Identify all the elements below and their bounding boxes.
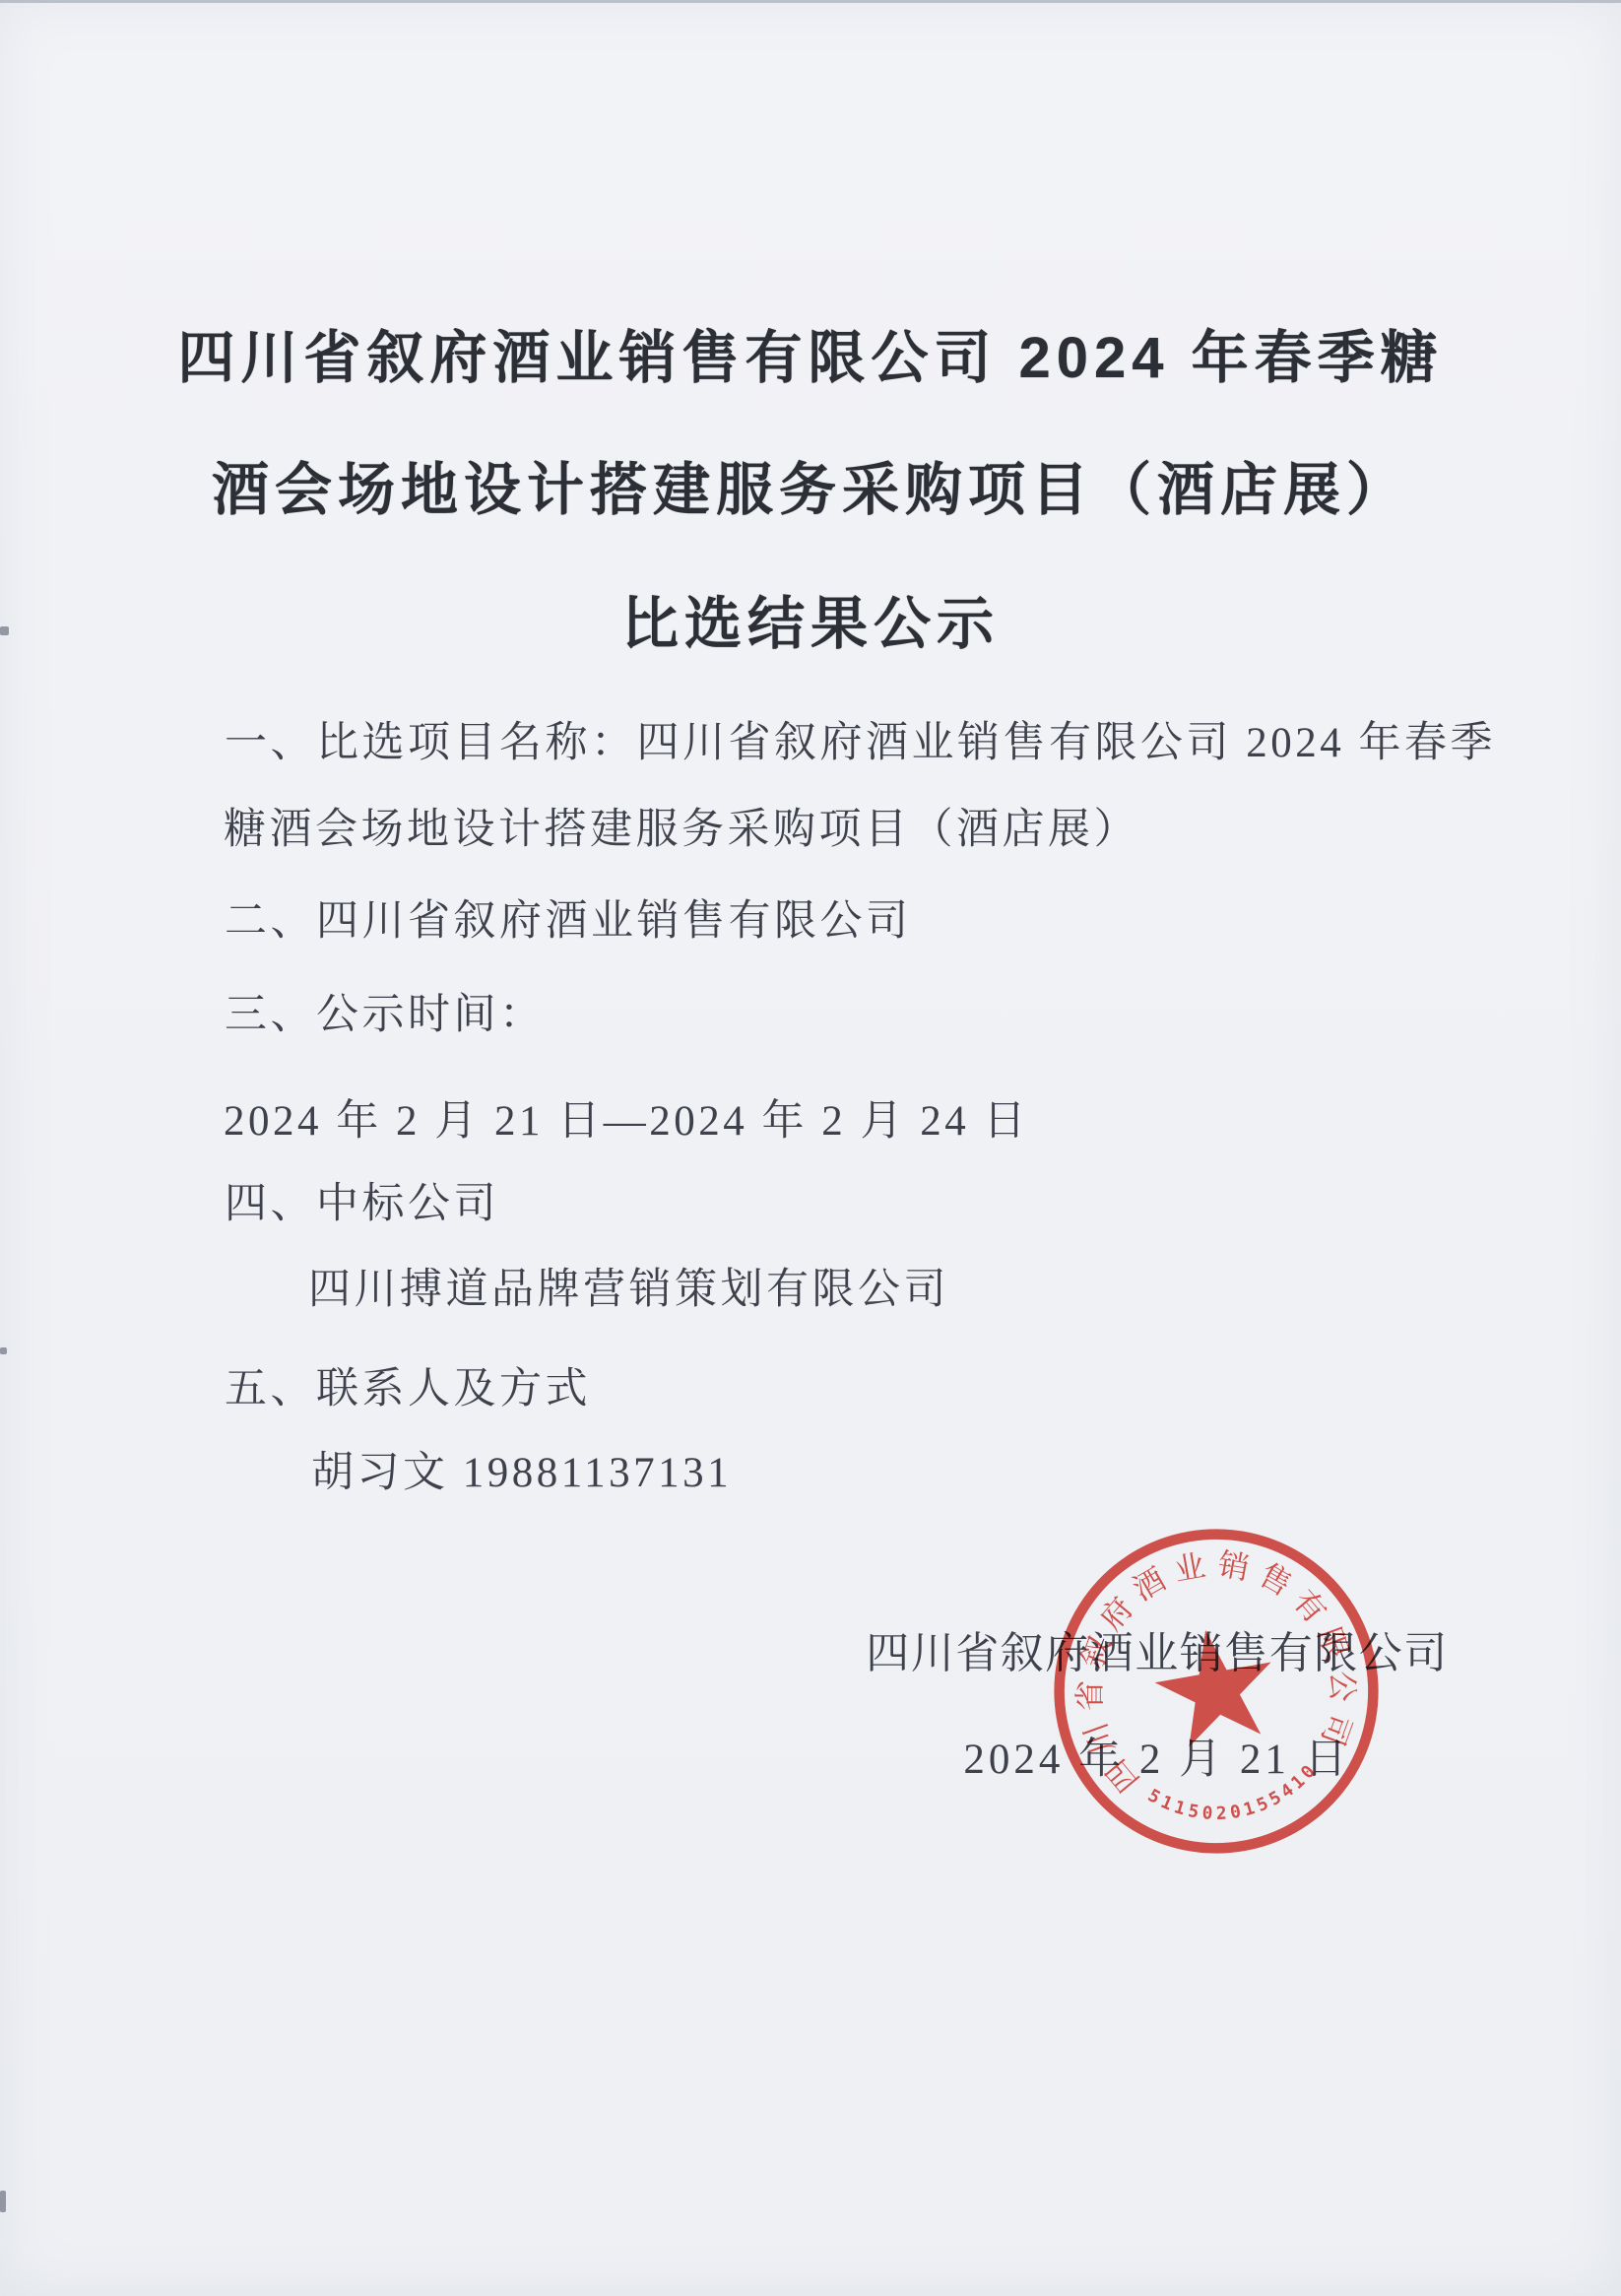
document-title-line-2: 酒会场地设计搭建服务采购项目（酒店展） — [0, 443, 1621, 526]
contact-info: 胡习文 19881137131 — [311, 1439, 732, 1499]
document-title-line-1: 四川省叙府酒业销售有限公司 2024 年春季糖 — [0, 311, 1621, 394]
scan-smudge — [0, 1347, 7, 1354]
project-name-continuation: 糖酒会场地设计搭建服务采购项目（酒店展） — [224, 796, 1139, 856]
purchaser-line: 二、四川省叙府酒业销售有限公司 — [225, 887, 912, 948]
official-seal: 四川省叙府酒业销售有限公司 5115020155410 — [1019, 1494, 1414, 1889]
project-name-line: 一、比选项目名称：四川省叙府酒业销售有限公司 2024 年春季 — [225, 709, 1496, 769]
document-page: 四川省叙府酒业销售有限公司 2024 年春季糖 酒会场地设计搭建服务采购项目（酒… — [0, 0, 1621, 2296]
scanned-document: { "document": { "title_lines": [ "四川省叙府酒… — [0, 0, 1621, 2296]
contact-section-label: 五、联系人及方式 — [225, 1355, 591, 1415]
scan-edge-artifact — [0, 0, 1621, 3]
winning-company: 四川搏道品牌营销策划有限公司 — [308, 1256, 949, 1316]
scan-smudge — [0, 2191, 6, 2212]
seal-star-icon — [1147, 1620, 1283, 1751]
document-title-line-3: 比选结果公示 — [0, 577, 1621, 660]
publicity-period: 2024 年 2 月 21 日—2024 年 2 月 24 日 — [224, 1087, 1029, 1148]
winner-section-label: 四、中标公司 — [225, 1170, 499, 1230]
publicity-time-label: 三、公示时间： — [225, 981, 546, 1041]
